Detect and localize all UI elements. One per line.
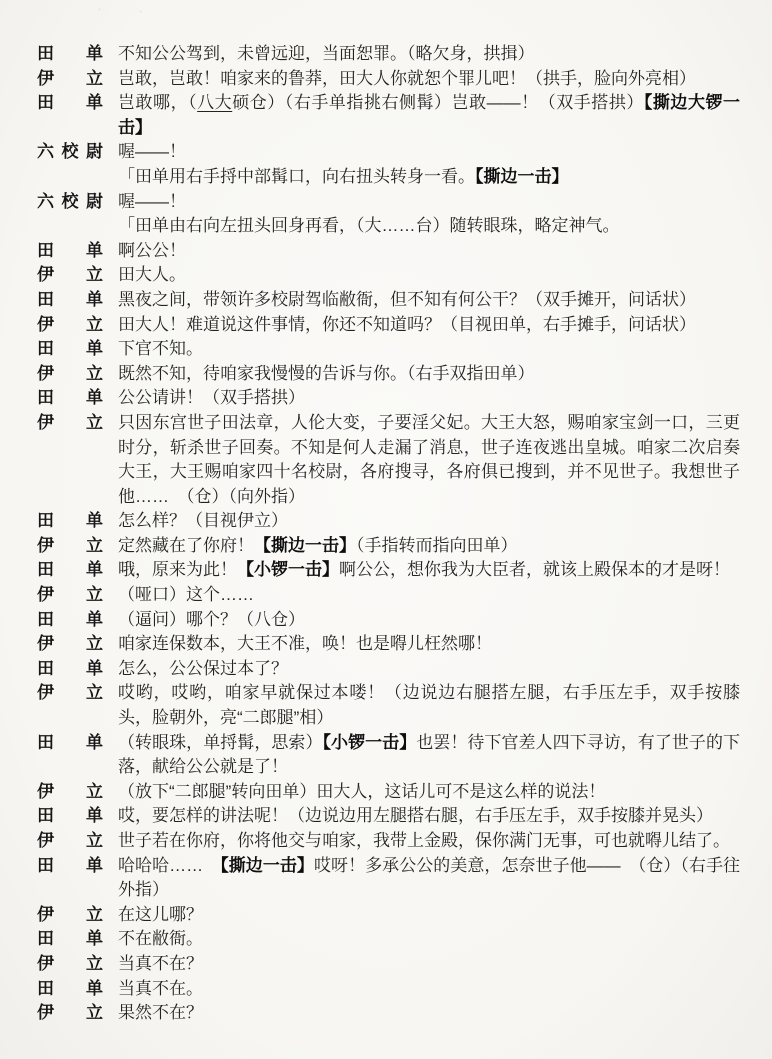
- dialogue-text: 哦，原来为此！【小锣一击】啊公公，想你我为大臣者，就该上殿保本的才是呀！: [118, 558, 740, 583]
- speaker-char: 立: [86, 313, 103, 338]
- speaker-char: 单: [86, 608, 103, 633]
- speaker-char: 伊: [37, 1001, 54, 1026]
- dialogue-segment: 世子若在你府，你将他交与咱家，我带上金殿，保你满门无事，可也就嘚儿结了。: [118, 831, 730, 850]
- speaker-name: 田单: [37, 386, 103, 411]
- dialogue-text: 在这儿哪？: [118, 903, 740, 928]
- dialogue-segment: 哎哟，哎哟，咱家早就保过本喽！（边说边右腿搭左腿，右手压左手，双手按膝头，脸朝外…: [118, 683, 740, 727]
- speaker-name: 田单: [37, 731, 103, 756]
- script-line: 「田单由右向左扭头回身再看，（大……台）随转眼珠，略定神气。: [37, 214, 742, 239]
- dialogue-text: 怎么，公公保过本了？: [118, 657, 740, 682]
- speaker-char: 单: [86, 731, 103, 756]
- dialogue-segment: 不知公公驾到，未曾远迎，当面恕罪。（略欠身，拱揖）: [118, 44, 535, 63]
- script-line: 伊立（放下“二郎腿”转向田单）田大人，这话儿可不是这么样的说法！: [37, 780, 742, 805]
- dialogue-text: 咱家连保数本，大王不准，唤！也是嘚儿枉然哪！: [118, 632, 740, 657]
- speaker-char: 田: [37, 91, 54, 116]
- dialogue-text: （放下“二郎腿”转向田单）田大人，这话儿可不是这么样的说法！: [118, 780, 740, 805]
- dialogue-text: 哎哟，哎哟，咱家早就保过本喽！（边说边右腿搭左腿，右手压左手，双手按膝头，脸朝外…: [118, 681, 740, 730]
- script-line: 田单哦，原来为此！【小锣一击】啊公公，想你我为大臣者，就该上殿保本的才是呀！: [37, 558, 742, 583]
- speaker-char: 田: [37, 558, 54, 583]
- speaker-name: 田单: [37, 239, 103, 264]
- script-line: 田单怎么，公公保过本了？: [37, 657, 742, 682]
- speaker-char: 立: [86, 67, 103, 92]
- speaker-name: 田单: [37, 804, 103, 829]
- script-line: 田单哈哈哈…… 【撕边一击】哎呀！多承公公的美意，怎奈世子他—— （仓）（右手往…: [37, 854, 742, 903]
- speaker-char: 伊: [37, 903, 54, 928]
- speaker-char: 伊: [37, 829, 54, 854]
- speaker-name: 田单: [37, 509, 103, 534]
- speaker-char: 立: [86, 411, 103, 436]
- speaker-char: 立: [86, 263, 103, 288]
- speaker-char: 立: [86, 681, 103, 706]
- speaker-char: 立: [86, 829, 103, 854]
- script-page: · . 田单不知公公驾到，未曾远迎，当面恕罪。（略欠身，拱揖）伊立岂敢，岂敢！咱…: [0, 0, 772, 1059]
- speaker-name: 伊立: [37, 829, 103, 854]
- dialogue-segment: 怎么，公公保过本了？: [118, 659, 288, 678]
- dialogue-segment: （放下“二郎腿”转向田单）田大人，这话儿可不是这么样的说法！: [118, 782, 605, 801]
- dialogue-text: 田大人。: [118, 263, 740, 288]
- speaker-char: 伊: [37, 780, 54, 805]
- speaker-char: 伊: [37, 411, 54, 436]
- dialogue-segment: 公公请讲！（双手搭拱）: [118, 388, 305, 407]
- speaker-char: 田: [37, 927, 54, 952]
- dialogue-segment: 哎，要怎样的讲法呢！（边说边用左腿搭右腿，右手压左手，双手按膝并晃头）: [118, 806, 713, 825]
- script-line: 伊立在这儿哪？: [37, 903, 742, 928]
- script-line: 伊立田大人！难道说这件事情，你还不知道吗？（目视田单，右手摊手，问话状）: [37, 313, 742, 338]
- percussion-cue: 【撕边一击】: [254, 536, 356, 555]
- dialogue-text: 公公请讲！（双手搭拱）: [118, 386, 740, 411]
- speaker-char: 立: [86, 583, 103, 608]
- speaker-char: 六: [37, 190, 54, 215]
- dialogue-segment: 喔——！: [118, 142, 186, 161]
- speaker-name: 田单: [37, 42, 103, 67]
- speaker-char: 单: [86, 804, 103, 829]
- speaker-char: 伊: [37, 263, 54, 288]
- dialogue-segment: 怎么样？（目视伊立）: [118, 511, 288, 530]
- dialogue-segment: 岂敢哪，（: [118, 93, 197, 112]
- dialogue-segment: 黑夜之间，带领许多校尉驾临敝衙，但不知有何公干？（双手摊开，问话状）: [118, 290, 696, 309]
- dialogue-segment: 咱家连保数本，大王不准，唤！也是嘚儿枉然哪！: [118, 634, 492, 653]
- dialogue-segment: 啊公公，想你我为大臣者，就该上殿保本的才是呀！: [339, 560, 730, 579]
- script-line: 伊立果然不在？: [37, 1001, 742, 1026]
- speaker-name: 伊立: [37, 632, 103, 657]
- percussion-cue: 【小锣一击】: [237, 560, 339, 579]
- speaker-name: 伊立: [37, 780, 103, 805]
- speaker-name: 田单: [37, 558, 103, 583]
- dialogue-text: 定然藏在了你府！【撕边一击】（手指转而指向田单）: [118, 534, 740, 559]
- script-line: 田单哎，要怎样的讲法呢！（边说边用左腿搭右腿，右手压左手，双手按膝并晃头）: [37, 804, 742, 829]
- dialogue-text: 怎么样？（目视伊立）: [118, 509, 740, 534]
- speaker-name: 田单: [37, 854, 103, 879]
- speaker-char: 伊: [37, 681, 54, 706]
- speaker-char: 田: [37, 509, 54, 534]
- speaker-name: 六校尉: [37, 140, 103, 165]
- speaker-char: 立: [86, 534, 103, 559]
- speaker-char: 单: [86, 91, 103, 116]
- dialogue-text: 喔——！: [118, 140, 740, 165]
- percussion-cue: 【撕边一击】: [475, 167, 569, 186]
- dialogue-text: 只因东宫世子田法章，人伦大变，子要淫父妃。大王大怒，赐咱家宝剑一口，三更时分，斩…: [118, 411, 740, 509]
- dialogue-text: 下官不知。: [118, 337, 740, 362]
- script-line: 伊立只因东宫世子田法章，人伦大变，子要淫父妃。大王大怒，赐咱家宝剑一口，三更时分…: [37, 411, 742, 509]
- dialogue-segment: 下官不知。: [118, 339, 203, 358]
- speaker-char: 田: [37, 854, 54, 879]
- speaker-char: 单: [86, 42, 103, 67]
- speaker-char: 单: [86, 657, 103, 682]
- script-line: 田单当真不在。: [37, 977, 742, 1002]
- speaker-name: 伊立: [37, 583, 103, 608]
- dialogue-text: 当真不在。: [118, 977, 740, 1002]
- speaker-char: 单: [86, 509, 103, 534]
- dialogue-segment: 果然不在？: [118, 1003, 203, 1022]
- script-line: 六校尉喔——！: [37, 140, 742, 165]
- script-line: 田单不知公公驾到，未曾远迎，当面恕罪。（略欠身，拱揖）: [37, 42, 742, 67]
- dialogue-segment: 哦，原来为此！: [118, 560, 237, 579]
- dialogue-segment: 只因东宫世子田法章，人伦大变，子要淫父妃。大王大怒，赐咱家宝剑一口，三更时分，斩…: [118, 413, 740, 506]
- speaker-char: 单: [86, 977, 103, 1002]
- script-line: 田单啊公公！: [37, 239, 742, 264]
- dialogue-segment: 八大: [197, 93, 232, 112]
- speaker-char: 单: [86, 558, 103, 583]
- dialogue-segment: 喔——！: [118, 192, 186, 211]
- speaker-char: 尉: [86, 190, 103, 215]
- dialogue-text: 「田单用右手捋中部髯口，向右扭头转身一看。【撕边一击】: [118, 165, 740, 190]
- script-line: 伊立定然藏在了你府！【撕边一击】（手指转而指向田单）: [37, 534, 742, 559]
- speaker-name: 伊立: [37, 1001, 103, 1026]
- speaker-name: 田单: [37, 657, 103, 682]
- dialogue-text: 当真不在？: [118, 952, 740, 977]
- speaker-name: 伊立: [37, 411, 103, 436]
- speaker-name: 伊立: [37, 313, 103, 338]
- dialogue-text: 岂敢，岂敢！咱家来的鲁莽，田大人你就恕个罪儿吧！（拱手，脸向外亮相）: [118, 67, 740, 92]
- speaker-char: 田: [37, 42, 54, 67]
- dialogue-text: 田大人！难道说这件事情，你还不知道吗？（目视田单，右手摊手，问话状）: [118, 313, 740, 338]
- dialogue-segment: 哈哈哈……: [118, 856, 220, 875]
- speaker-name: 田单: [37, 288, 103, 313]
- dialogue-segment: 啊公公！: [118, 241, 186, 260]
- script-line: 伊立田大人。: [37, 263, 742, 288]
- speaker-name: 田单: [37, 927, 103, 952]
- speaker-char: 田: [37, 239, 54, 264]
- script-line: 伊立当真不在？: [37, 952, 742, 977]
- dialogue-segment: 硕仓）（右手单指挑右侧髯）岂敢——！（双手搭拱）: [232, 93, 644, 112]
- speaker-char: 六: [37, 140, 54, 165]
- speaker-name: 田单: [37, 337, 103, 362]
- script-line: 田单岂敢哪，（八大硕仓）（右手单指挑右侧髯）岂敢——！（双手搭拱）【撕边大锣一击…: [37, 91, 742, 140]
- dialogue-text: 世子若在你府，你将他交与咱家，我带上金殿，保你满门无事，可也就嘚儿结了。: [118, 829, 740, 854]
- dialogue-segment: 既然不知，待咱家我慢慢的告诉与你。（右手双指田单）: [118, 364, 535, 383]
- speaker-char: 校: [62, 190, 79, 215]
- dialogue-text: 黑夜之间，带领许多校尉驾临敝衙，但不知有何公干？（双手摊开，问话状）: [118, 288, 740, 313]
- dialogue-text: 「田单由右向左扭头回身再看，（大……台）随转眼珠，略定神气。: [118, 214, 740, 239]
- script-line: 田单公公请讲！（双手搭拱）: [37, 386, 742, 411]
- dialogue-segment: （哑口）这个……: [118, 585, 254, 604]
- speaker-char: 立: [86, 780, 103, 805]
- script-line: 伊立世子若在你府，你将他交与咱家，我带上金殿，保你满门无事，可也就嘚儿结了。: [37, 829, 742, 854]
- script-lines: 田单不知公公驾到，未曾远迎，当面恕罪。（略欠身，拱揖）伊立岂敢，岂敢！咱家来的鲁…: [37, 42, 742, 1026]
- speaker-char: 田: [37, 337, 54, 362]
- dialogue-text: （哑口）这个……: [118, 583, 740, 608]
- dialogue-text: （转眼珠，单捋髯，思索）【小锣一击】也罢！待下官差人四下寻访，有了世子的下落，献…: [118, 731, 740, 780]
- speaker-char: 立: [86, 362, 103, 387]
- speaker-char: 立: [86, 903, 103, 928]
- speaker-char: 田: [37, 386, 54, 411]
- speaker-char: 立: [86, 952, 103, 977]
- speaker-name: 伊立: [37, 534, 103, 559]
- dialogue-segment: （逼问）哪个？（八仓）: [118, 610, 305, 629]
- speaker-name: 田单: [37, 977, 103, 1002]
- dialogue-text: 既然不知，待咱家我慢慢的告诉与你。（右手双指田单）: [118, 362, 740, 387]
- script-line: 六校尉喔——！: [37, 190, 742, 215]
- script-line: 伊立哎哟，哎哟，咱家早就保过本喽！（边说边右腿搭左腿，右手压左手，双手按膝头，脸…: [37, 681, 742, 730]
- dialogue-segment: 不在敝衙。: [118, 929, 203, 948]
- dialogue-segment: 当真不在？: [118, 954, 203, 973]
- script-line: 伊立咱家连保数本，大王不准，唤！也是嘚儿枉然哪！: [37, 632, 742, 657]
- dialogue-text: 哈哈哈…… 【撕边一击】哎呀！多承公公的美意，怎奈世子他—— （仓）（右手往外指…: [118, 854, 740, 903]
- dialogue-text: 不在敝衙。: [118, 927, 740, 952]
- dialogue-text: 果然不在？: [118, 1001, 740, 1026]
- dialogue-text: 哎，要怎样的讲法呢！（边说边用左腿搭右腿，右手压左手，双手按膝并晃头）: [118, 804, 740, 829]
- speaker-char: 校: [62, 140, 79, 165]
- percussion-cue: 【撕边一击】: [220, 856, 314, 875]
- speaker-char: 伊: [37, 67, 54, 92]
- dialogue-segment: 在这儿哪？: [118, 905, 203, 924]
- speaker-char: 伊: [37, 534, 54, 559]
- speaker-char: 田: [37, 288, 54, 313]
- dialogue-segment: 「田单用右手捋中部髯口，向右扭头转身一看。: [118, 167, 475, 186]
- speaker-char: 田: [37, 977, 54, 1002]
- script-line: 田单怎么样？（目视伊立）: [37, 509, 742, 534]
- dialogue-segment: 「田单由右向左扭头回身再看，（大……台）随转眼珠，略定神气。: [118, 216, 620, 235]
- script-line: 田单（逼问）哪个？（八仓）: [37, 608, 742, 633]
- dialogue-text: （逼问）哪个？（八仓）: [118, 608, 740, 633]
- speaker-char: 伊: [37, 583, 54, 608]
- speaker-char: 伊: [37, 952, 54, 977]
- speaker-name: 伊立: [37, 67, 103, 92]
- speaker-char: 单: [86, 288, 103, 313]
- speaker-char: 单: [86, 337, 103, 362]
- dialogue-segment: 田大人！难道说这件事情，你还不知道吗？（目视田单，右手摊手，问话状）: [118, 315, 696, 334]
- dialogue-text: 不知公公驾到，未曾远迎，当面恕罪。（略欠身，拱揖）: [118, 42, 740, 67]
- speaker-char: 单: [86, 927, 103, 952]
- script-line: 田单（转眼珠，单捋髯，思索）【小锣一击】也罢！待下官差人四下寻访，有了世子的下落…: [37, 731, 742, 780]
- speaker-name: 伊立: [37, 362, 103, 387]
- script-line: 田单黑夜之间，带领许多校尉驾临敝衙，但不知有何公干？（双手摊开，问话状）: [37, 288, 742, 313]
- speaker-char: 伊: [37, 632, 54, 657]
- dialogue-segment: （转眼珠，单捋髯，思索）: [118, 733, 323, 752]
- script-line: 伊立既然不知，待咱家我慢慢的告诉与你。（右手双指田单）: [37, 362, 742, 387]
- percussion-cue: 【小锣一击】: [323, 733, 417, 752]
- speaker-name: 伊立: [37, 681, 103, 706]
- speaker-char: 田: [37, 731, 54, 756]
- script-line: 伊立岂敢，岂敢！咱家来的鲁莽，田大人你就恕个罪儿吧！（拱手，脸向外亮相）: [37, 67, 742, 92]
- scan-artifact: · .: [98, 4, 168, 14]
- dialogue-segment: 岂敢，岂敢！咱家来的鲁莽，田大人你就恕个罪儿吧！（拱手，脸向外亮相）: [118, 69, 696, 88]
- speaker-name: 田单: [37, 608, 103, 633]
- speaker-char: 伊: [37, 362, 54, 387]
- speaker-char: 田: [37, 657, 54, 682]
- speaker-char: 田: [37, 804, 54, 829]
- speaker-char: 伊: [37, 313, 54, 338]
- speaker-char: 立: [86, 632, 103, 657]
- speaker-name: 伊立: [37, 263, 103, 288]
- speaker-name: 田单: [37, 91, 103, 116]
- script-line: 田单下官不知。: [37, 337, 742, 362]
- speaker-char: 单: [86, 854, 103, 879]
- speaker-char: 立: [86, 1001, 103, 1026]
- speaker-name: 六校尉: [37, 190, 103, 215]
- speaker-char: 尉: [86, 140, 103, 165]
- speaker-char: 田: [37, 608, 54, 633]
- dialogue-segment: 田大人。: [118, 265, 186, 284]
- dialogue-segment: 定然藏在了你府！: [118, 536, 254, 555]
- dialogue-segment: （手指转而指向田单）: [356, 536, 518, 555]
- script-line: 「田单用右手捋中部髯口，向右扭头转身一看。【撕边一击】: [37, 165, 742, 190]
- speaker-name: 伊立: [37, 952, 103, 977]
- dialogue-text: 喔——！: [118, 190, 740, 215]
- speaker-char: 单: [86, 239, 103, 264]
- dialogue-text: 岂敢哪，（八大硕仓）（右手单指挑右侧髯）岂敢——！（双手搭拱）【撕边大锣一击】: [118, 91, 740, 140]
- speaker-name: 伊立: [37, 903, 103, 928]
- script-line: 伊立（哑口）这个……: [37, 583, 742, 608]
- dialogue-text: 啊公公！: [118, 239, 740, 264]
- script-line: 田单不在敝衙。: [37, 927, 742, 952]
- dialogue-segment: 当真不在。: [118, 979, 203, 998]
- speaker-char: 单: [86, 386, 103, 411]
